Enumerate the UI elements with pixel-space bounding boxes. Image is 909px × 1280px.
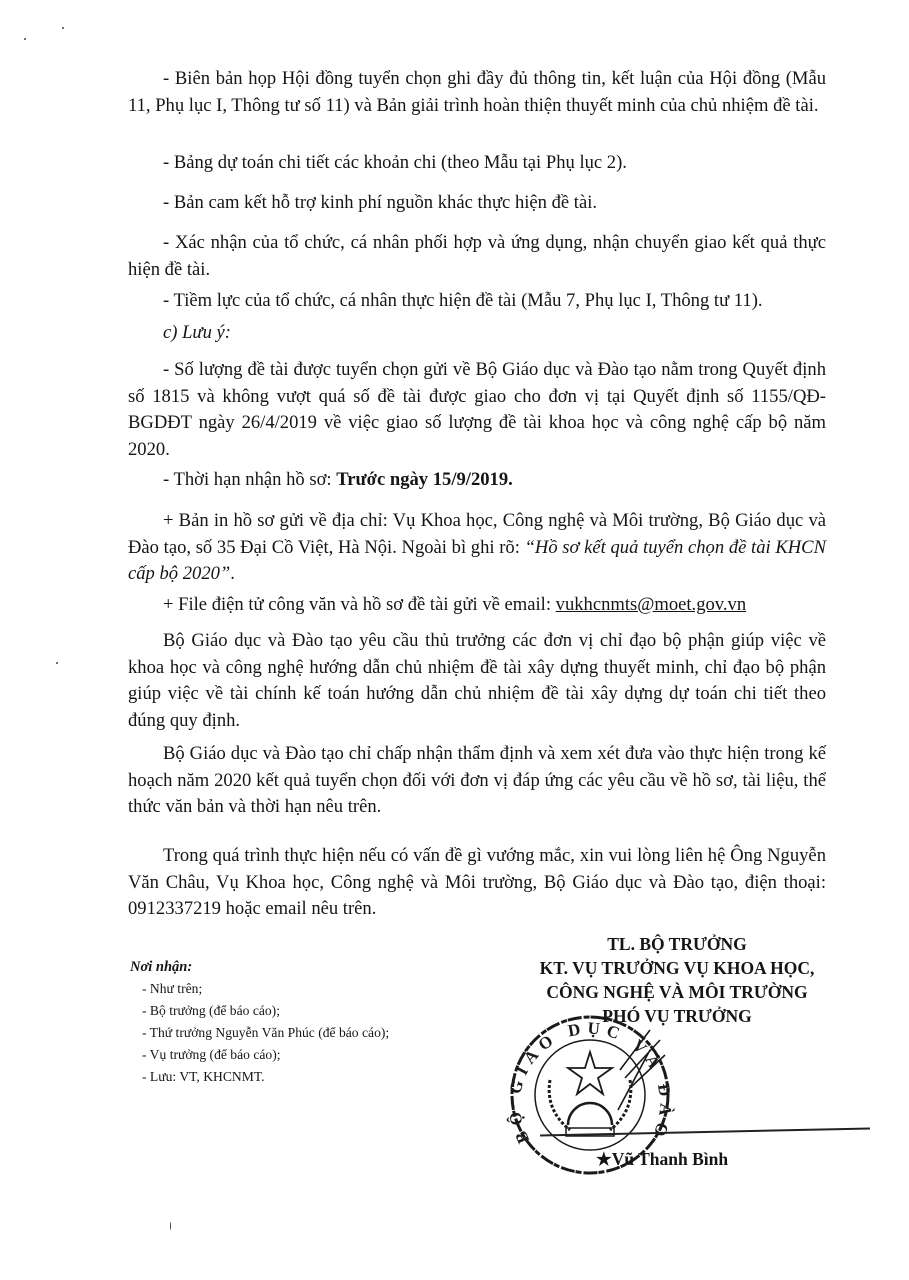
paragraph-so-luong: - Số lượng đề tài được tuyển chọn gửi về… xyxy=(128,357,826,463)
paragraph-ban-in: + Bản in hồ sơ gửi về địa chỉ: Vụ Khoa h… xyxy=(128,508,826,588)
recipients-block: Nơi nhận: - Như trên; - Bộ trưởng (để bá… xyxy=(130,956,389,1088)
paragraph-chap-nhan: Bộ Giáo dục và Đào tạo chỉ chấp nhận thẩ… xyxy=(128,741,826,821)
paragraph-lien-he: Trong quá trình thực hiện nếu có vấn đề … xyxy=(128,843,826,923)
paragraph-bien-ban: - Biên bản họp Hội đồng tuyển chọn ghi đ… xyxy=(128,66,826,119)
recipient-item: - Bộ trưởng (để báo cáo); xyxy=(130,1000,389,1022)
section-heading-luu-y: c) Lưu ý: xyxy=(128,320,826,347)
paragraph-bang-du-toan: - Bảng dự toán chi tiết các khoản chi (t… xyxy=(128,150,826,177)
recipients-title: Nơi nhận: xyxy=(130,956,389,978)
signature-line-1: TL. BỘ TRƯỞNG xyxy=(492,932,862,956)
recipient-item: - Vụ trưởng (để báo cáo); xyxy=(130,1044,389,1066)
recipient-item: - Như trên; xyxy=(130,978,389,1000)
email-link[interactable]: vukhcnmts@moet.gov.vn xyxy=(556,594,746,615)
svg-text:BỘ GIÁO DỤC VÀ ĐÀO TẠO: BỘ GIÁO DỤC VÀ ĐÀO TẠO xyxy=(500,1000,675,1146)
paragraph-ban-cam-ket: - Bản cam kết hỗ trợ kinh phí nguồn khác… xyxy=(128,190,826,217)
deadline-text: Trước ngày 15/9/2019. xyxy=(336,469,513,490)
paragraph-file-dien-tu: + File điện tử công văn và hồ sơ đề tài … xyxy=(128,592,826,619)
paragraph-tiem-luc: - Tiềm lực của tổ chức, cá nhân thực hiệ… xyxy=(128,288,826,315)
recipient-item: - Thứ trưởng Nguyễn Văn Phúc (để báo cáo… xyxy=(130,1022,389,1044)
paragraph-xac-nhan: - Xác nhận của tổ chức, cá nhân phối hợp… xyxy=(128,230,826,283)
signer-name: ★Vũ Thanh Bình xyxy=(596,1149,728,1170)
recipient-item: - Lưu: VT, KHCNMT. xyxy=(130,1066,389,1088)
document-page: - Biên bản họp Hội đồng tuyển chọn ghi đ… xyxy=(0,0,909,1280)
paragraph-yeu-cau: Bộ Giáo dục và Đào tạo yêu cầu thủ trưởn… xyxy=(128,628,826,734)
signature-line-2: KT. VỤ TRƯỞNG VỤ KHOA HỌC, xyxy=(492,956,862,980)
paragraph-thoi-han: - Thời hạn nhận hồ sơ: Trước ngày 15/9/2… xyxy=(128,467,826,494)
star-icon: ★ xyxy=(596,1149,612,1169)
